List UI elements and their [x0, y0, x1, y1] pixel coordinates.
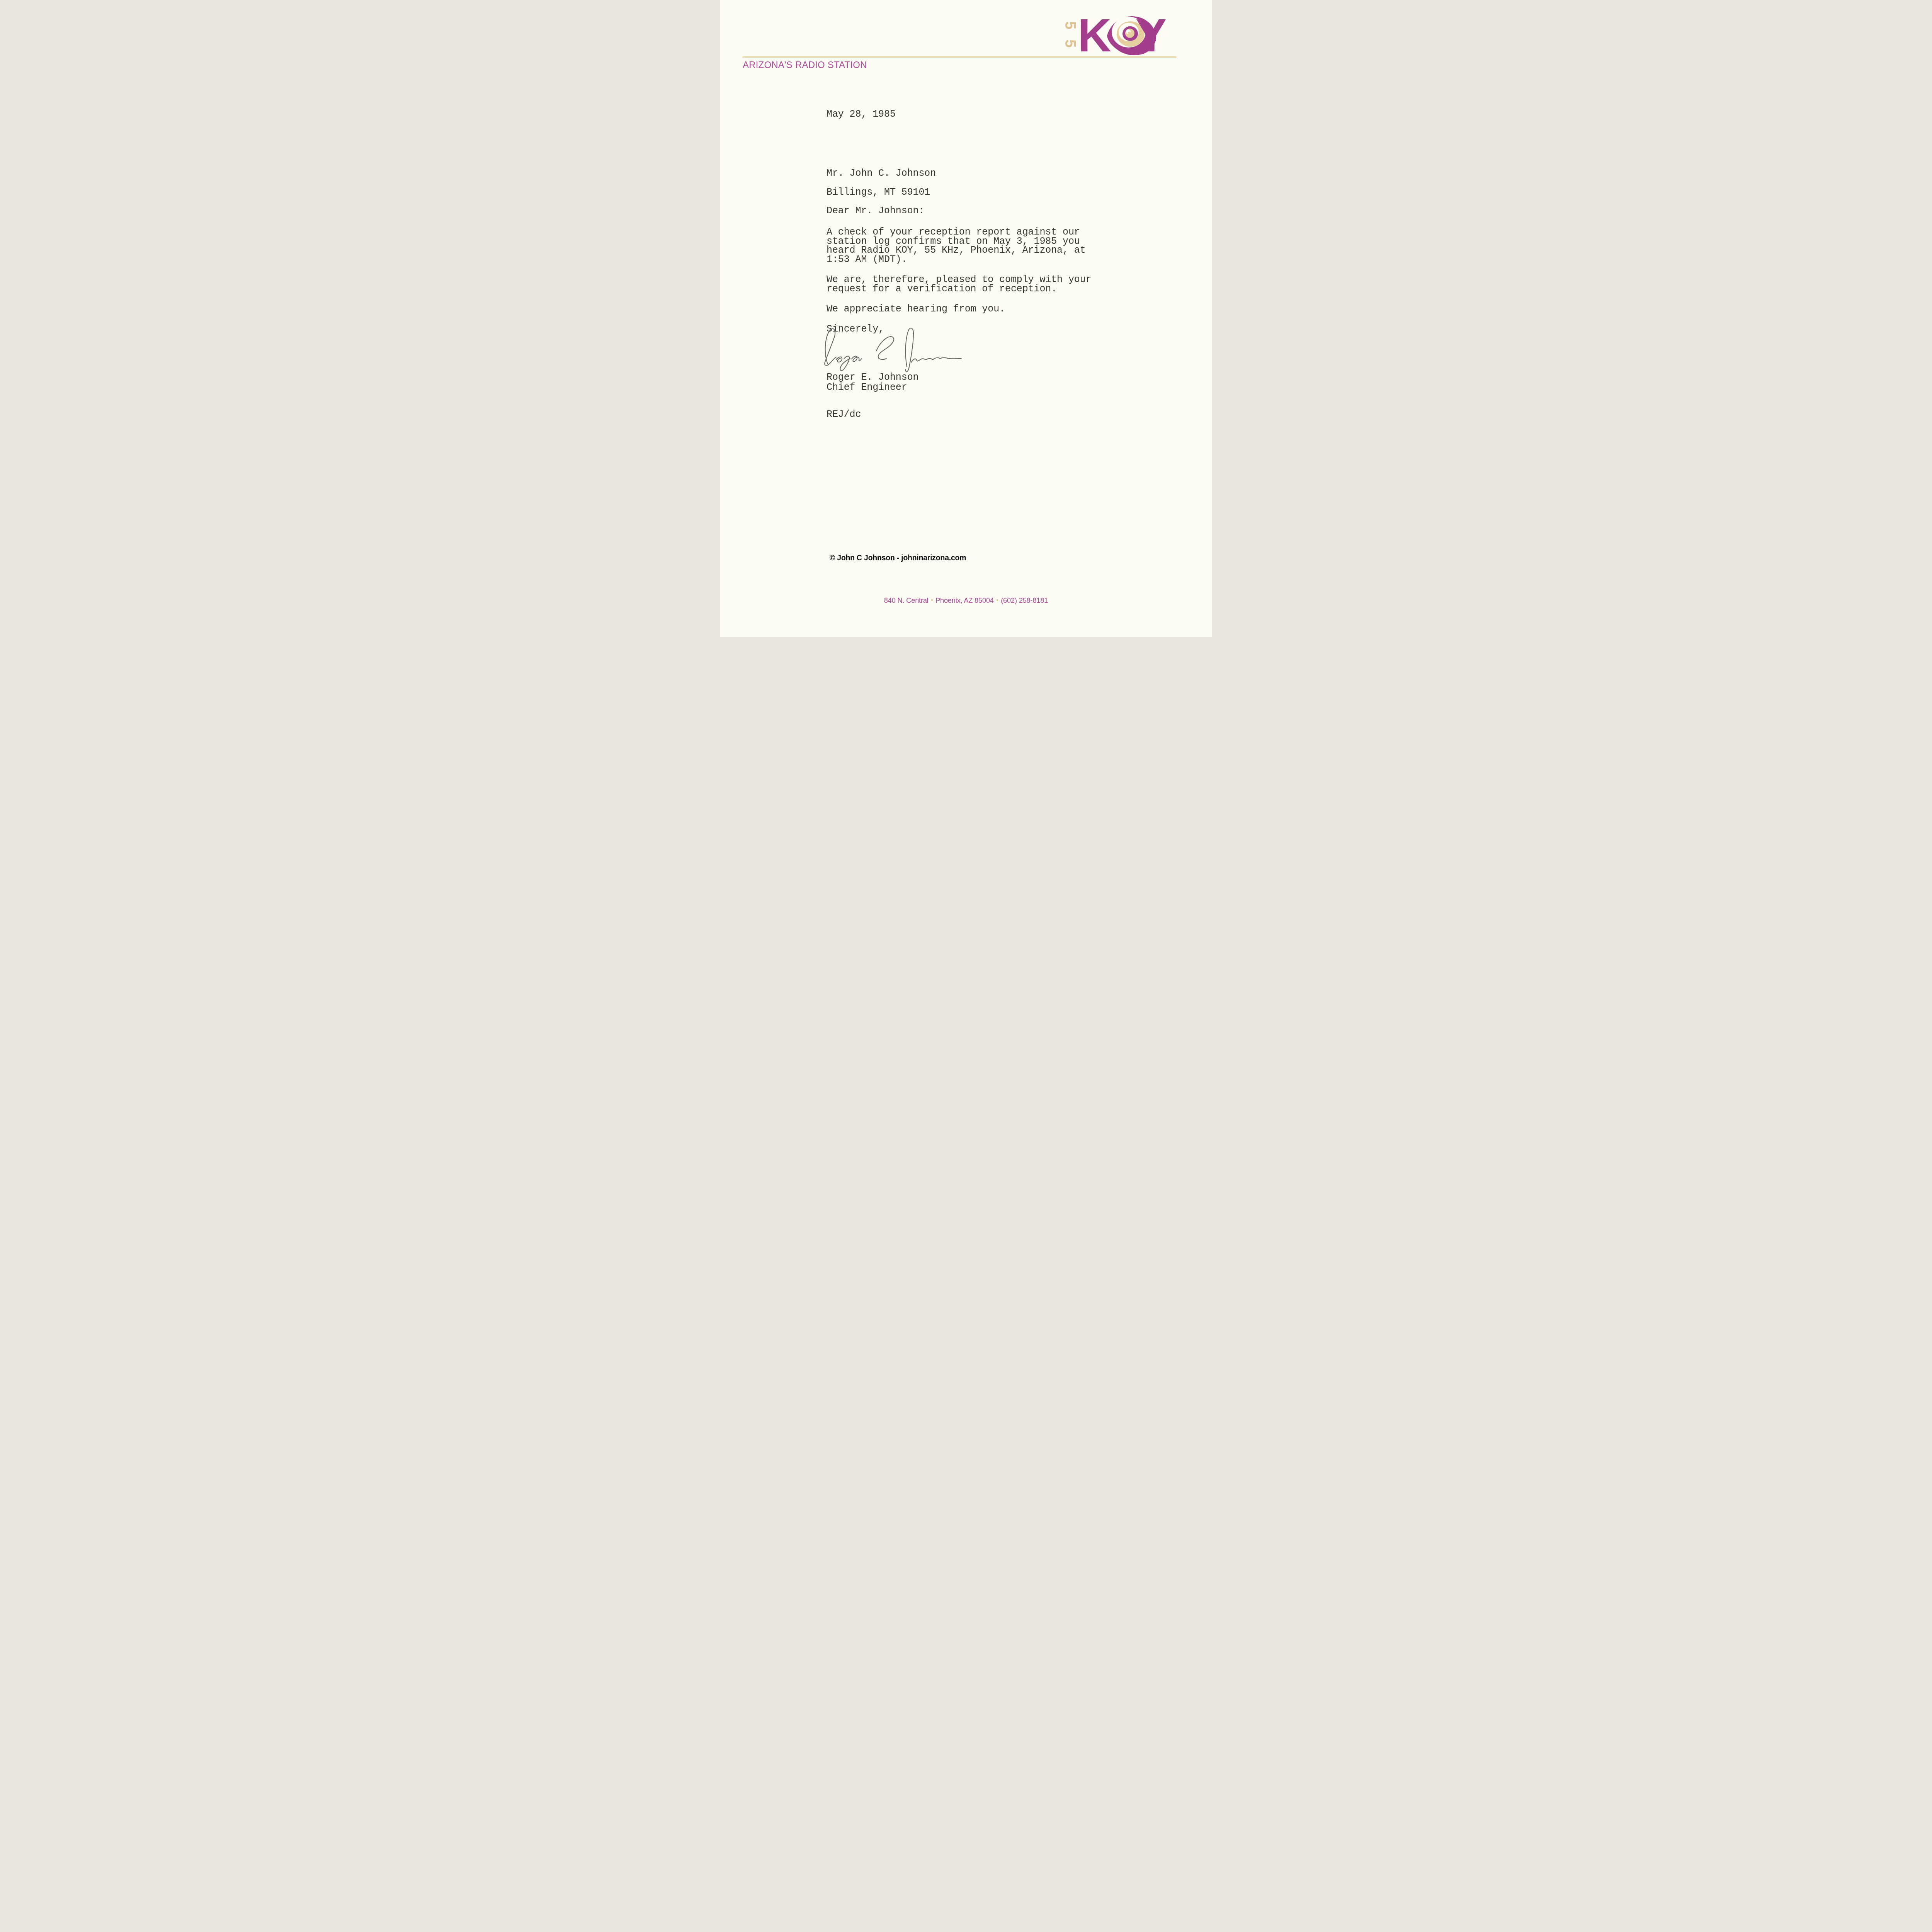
footer-phone: (602) 258-8181 [1001, 597, 1048, 605]
copyright-watermark: © John C Johnson - johninarizona.com [830, 554, 966, 563]
footer-contact-line: 840 N. Central•Phoenix, AZ 85004•(602) 2… [884, 597, 1048, 605]
signature-image [820, 327, 967, 377]
signer-name-title: Roger E. Johnson Chief Engineer [827, 372, 918, 393]
logo-letter-y: Y [1136, 13, 1167, 55]
body-paragraph-3: We appreciate hearing from you. [827, 304, 1005, 314]
station-tagline: ARIZONA'S RADIO STATION [743, 60, 867, 71]
bullet-separator-icon: • [997, 597, 998, 604]
koy-logo: 55 K Y [1062, 13, 1174, 55]
footer-location: Phoenix, AZ 85004 [935, 597, 994, 605]
letterhead-rule [742, 56, 1177, 58]
logo-letter-k: K [1078, 13, 1111, 55]
body-paragraph-2: We are, therefore, pleased to comply wit… [827, 275, 1092, 293]
recipient-address: Mr. John C. Johnson Billings, MT 59101 [827, 169, 936, 197]
logo-frequency: 55 [1062, 21, 1078, 55]
bullet-separator-icon: • [931, 597, 933, 604]
reference-initials: REJ/dc [827, 410, 861, 419]
letter-page: 55 K Y ARIZONA'S RADIO STATION May 28, 1… [720, 0, 1212, 637]
footer-address: 840 N. Central [884, 597, 929, 605]
letter-date: May 28, 1985 [827, 110, 896, 119]
body-paragraph-1: A check of your reception report against… [827, 228, 1086, 264]
salutation: Dear Mr. Johnson: [827, 206, 924, 216]
